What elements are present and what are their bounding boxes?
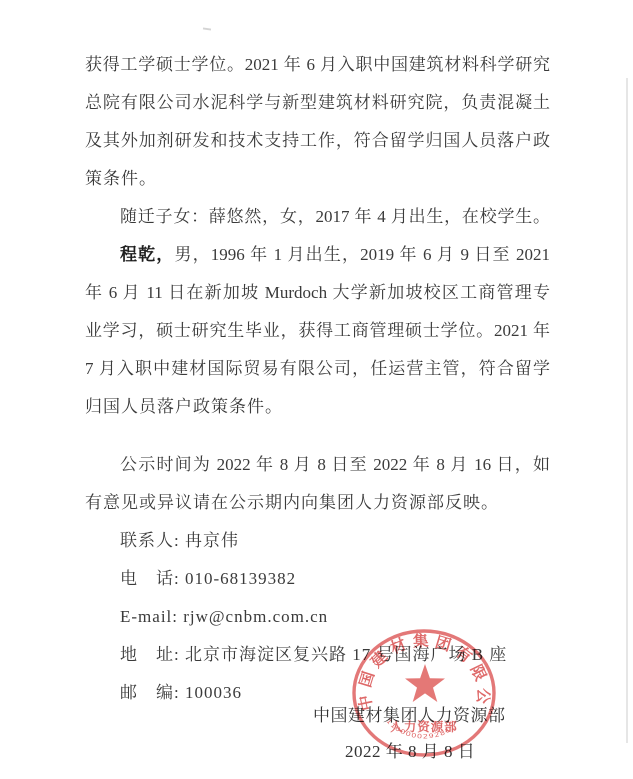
contact-phone-line: 电 话: 010-68139382 <box>85 560 550 598</box>
body-line: 归国人员落户政策条件。 <box>85 388 550 426</box>
body-line: 公示时间为 2022 年 8 月 8 日至 2022 年 8 月 16 日，如 <box>85 446 550 484</box>
contact-address-line: 地 址: 北京市海淀区复兴路 17 号国海广场 B 座 <box>85 636 550 674</box>
issuer-signature: 中国建材集团人力资源部 <box>313 704 506 728</box>
body-line: 年 6 月 11 日在新加坡 Murdoch 大学新加坡校区工商管理专 <box>85 274 550 312</box>
body-line: 业学习，硕士研究生毕业，获得工商管理硕士学位。2021 年 <box>85 312 550 350</box>
body-line: 程乾，男，1996 年 1 月出生，2019 年 6 月 9 日至 2021 <box>85 236 550 274</box>
document-body: 获得工学硕士学位。2021 年 6 月入职中国建筑材料科学研究 总院有限公司水泥… <box>85 46 550 712</box>
scan-speck-artifact <box>203 27 211 30</box>
body-line: 获得工学硕士学位。2021 年 6 月入职中国建筑材料科学研究 <box>85 46 550 84</box>
body-line: 总院有限公司水泥科学与新型建筑材料研究院，负责混凝土 <box>85 84 550 122</box>
scanned-document-page: 获得工学硕士学位。2021 年 6 月入职中国建筑材料科学研究 总院有限公司水泥… <box>0 0 633 779</box>
body-line: 有意见或异议请在公示期内向集团人力资源部反映。 <box>85 484 550 522</box>
person-name: 程乾， <box>120 245 174 264</box>
issue-date: 2022 年 8 月 8 日 <box>345 740 475 764</box>
body-line: 7 月入职中建材国际贸易有限公司，任运营主管，符合留学 <box>85 350 550 388</box>
body-line-text: 男，1996 年 1 月出生，2019 年 6 月 9 日至 2021 <box>174 245 550 264</box>
body-line: 策条件。 <box>85 160 550 198</box>
body-line: 及其外加剂研发和技术支持工作，符合留学归国人员落户政 <box>85 122 550 160</box>
body-line: 随迁子女：薛悠然，女，2017 年 4 月出生，在校学生。 <box>85 198 550 236</box>
contact-person-line: 联系人: 冉京伟 <box>85 522 550 560</box>
contact-email-line: E-mail: rjw@cnbm.com.cn <box>85 598 550 636</box>
scan-edge-artifact <box>626 78 628 743</box>
